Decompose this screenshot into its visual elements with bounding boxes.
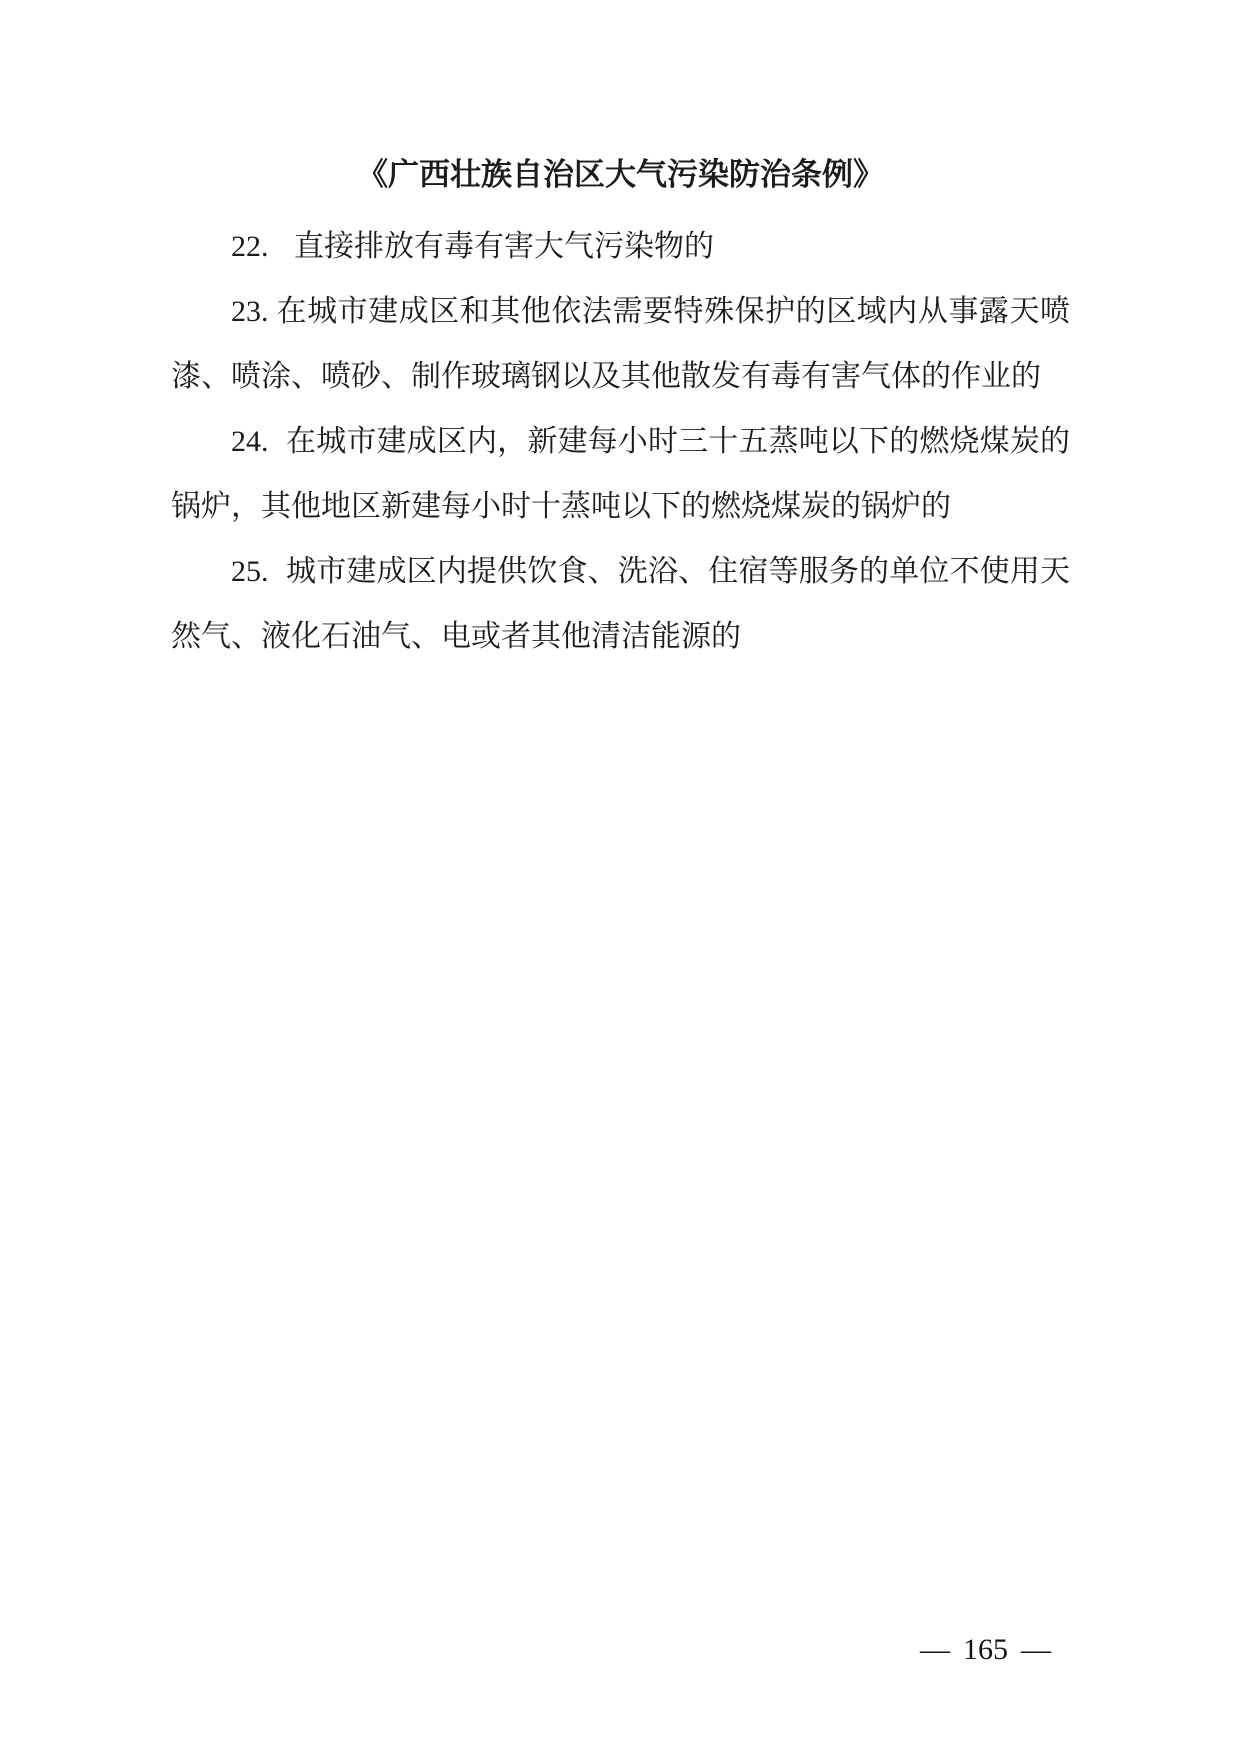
item-24-number: 24. (231, 425, 269, 458)
item-23-text: 在城市建成区和其他依法需要特殊保护的区域内从事露天喷漆、喷涂、喷砂、制作玻璃钢以… (171, 295, 1070, 393)
list-item-25: 25.城市建成区内提供饮食、洗浴、住宿等服务的单位不使用天然气、液化石油气、电或… (171, 539, 1070, 669)
list-item-22: 22.直接排放有毒有害大气污染物的 (171, 214, 1070, 279)
item-24-text: 在城市建成区内，新建每小时三十五蒸吨以下的燃烧煤炭的锅炉，其他地区新建每小时十蒸… (171, 425, 1070, 523)
document-body: 《广西壮族自治区大气污染防治条例》 22.直接排放有毒有害大气污染物的 23.在… (171, 142, 1070, 669)
footer-dash-left: — (920, 1633, 950, 1667)
document-page: 《广西壮族自治区大气污染防治条例》 22.直接排放有毒有害大气污染物的 23.在… (0, 0, 1241, 1754)
document-title: 《广西壮族自治区大气污染防治条例》 (171, 142, 1070, 207)
list-item-24: 24.在城市建成区内，新建每小时三十五蒸吨以下的燃烧煤炭的锅炉，其他地区新建每小… (171, 409, 1070, 539)
item-23-number: 23. (231, 295, 269, 328)
item-25-text: 城市建成区内提供饮食、洗浴、住宿等服务的单位不使用天然气、液化石油气、电或者其他… (171, 555, 1070, 653)
page-number: 165 (963, 1633, 1008, 1667)
item-22-text: 直接排放有毒有害大气污染物的 (294, 230, 714, 263)
page-footer: — 165 — (920, 1633, 1051, 1667)
item-22-number: 22. (231, 230, 269, 263)
list-item-23: 23.在城市建成区和其他依法需要特殊保护的区域内从事露天喷漆、喷涂、喷砂、制作玻… (171, 279, 1070, 409)
item-25-number: 25. (231, 555, 269, 588)
footer-dash-right: — (1021, 1633, 1051, 1667)
